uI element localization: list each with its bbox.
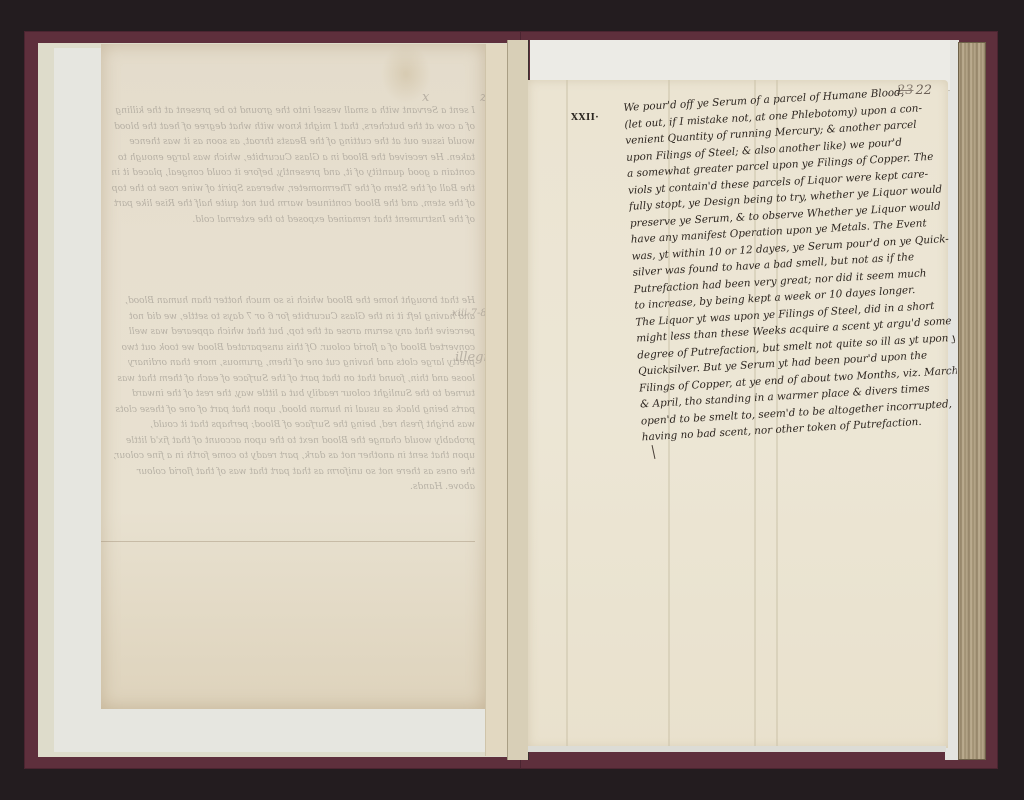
page-fold-line	[101, 541, 475, 542]
gutter-left	[485, 44, 508, 756]
section-number: XXII·	[571, 113, 599, 123]
book-spine-gutter	[507, 40, 529, 760]
handwritten-text: We pour'd off ye Serum of a parcel of Hu…	[623, 82, 960, 446]
margin-mark-numeral: xiii-7-8	[452, 308, 487, 319]
interleaf-sheet-bottom	[528, 746, 946, 752]
bleed-through-paragraph-2: He that brought home the Blood which is …	[109, 294, 475, 496]
left-page-verso: I sent a Servant with a small vessel int…	[101, 44, 485, 709]
margin-mark-x: x	[422, 90, 429, 105]
right-page-recto: 2322 XXII· We pour'd off ye Serum of a p…	[528, 80, 948, 748]
ink-stroke-mark	[652, 445, 656, 459]
paper-crease	[566, 80, 568, 748]
bleed-through-paragraph-1: I sent a Servant with a small vessel int…	[109, 104, 475, 228]
page-fore-edge	[958, 42, 986, 760]
